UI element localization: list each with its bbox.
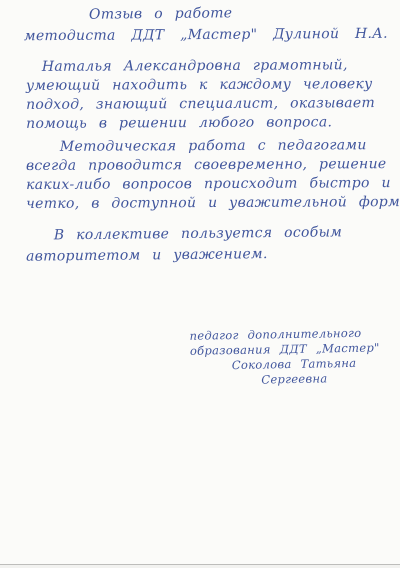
handwritten-line: В коллективе пользуется особым xyxy=(26,222,342,246)
document-title-line: методиста ДДТ „Мастер" Дулиной Н.А. xyxy=(24,26,388,45)
handwritten-line: Наталья Александровна грамотный, xyxy=(26,56,375,77)
handwritten-line: умеющий находить к каждому человеку xyxy=(26,75,375,96)
handwritten-line: четко, в доступной и уважительной форме. xyxy=(26,193,400,214)
paragraph-3: В коллективе пользуется особым авторитет… xyxy=(26,222,343,267)
handwritten-line: помощь в решении любого вопроса. xyxy=(26,113,375,134)
signature-block: педагог дополнительного образования ДДТ … xyxy=(189,325,398,389)
handwritten-line: подход, знающий специалист, оказывает xyxy=(26,94,375,115)
paragraph-2: Методическая работа с педагогами всегда … xyxy=(26,136,400,214)
handwritten-line: Методическая работа с педагогами xyxy=(26,136,400,157)
paragraph-1: Наталья Александровна грамотный, умеющий… xyxy=(26,56,375,134)
signature-name-line: Сергеевна xyxy=(190,370,398,389)
handwritten-line: каких-либо вопросов происходит быстро и xyxy=(26,174,400,195)
document-title-line: Отзыв о работе xyxy=(89,5,232,22)
handwritten-line: всегда проводится своевременно, решение xyxy=(26,155,400,176)
handwritten-line: авторитетом и уважением. xyxy=(26,243,342,267)
scanned-handwritten-page: Отзыв о работе методиста ДДТ „Мастер" Ду… xyxy=(0,0,400,568)
